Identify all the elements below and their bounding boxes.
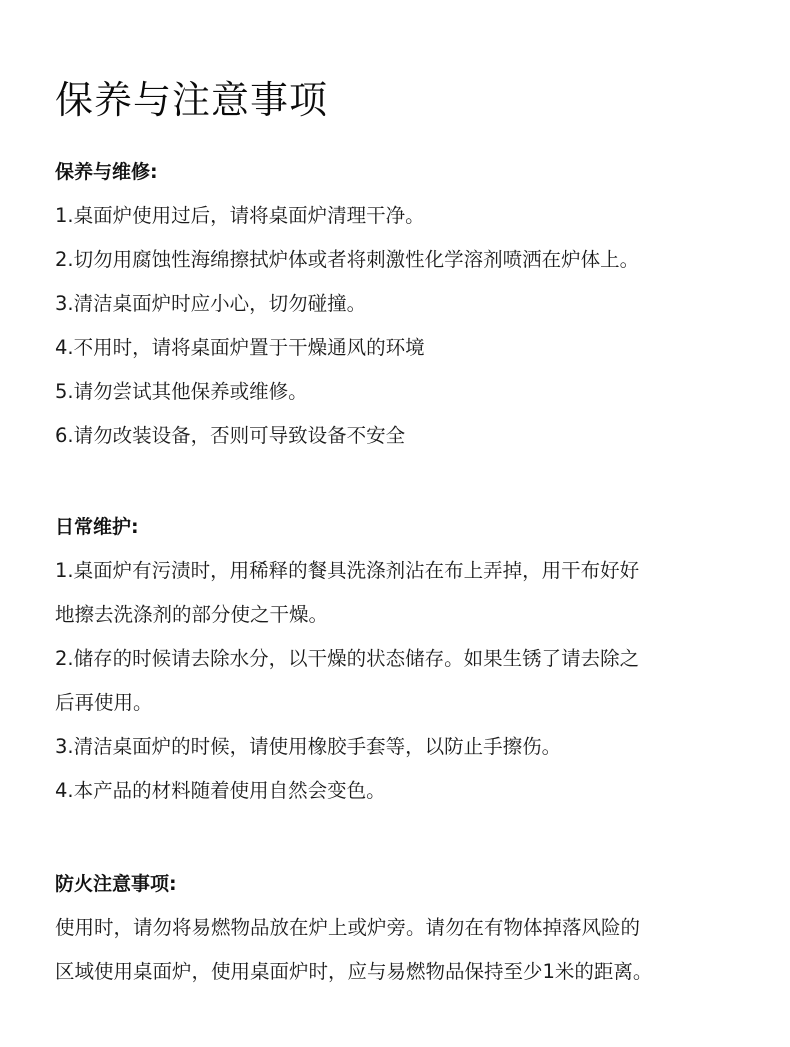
list-item: 5.请勿尝试其他保养或维修。 — [55, 370, 755, 414]
section-heading: 防火注意事项: — [55, 862, 755, 906]
list-item: 4.本产品的材料随着使用自然会变色。 — [55, 769, 755, 813]
list-item: 6.请勿改装设备，否则可导致设备不安全 — [55, 414, 755, 458]
list-item: 2.切勿用腐蚀性海绵擦拭炉体或者将刺激性化学溶剂喷洒在炉体上。 — [55, 238, 755, 282]
list-item-continuation: 地擦去洗涤剂的部分使之干燥。 — [55, 593, 755, 637]
section-heading: 保养与维修: — [55, 150, 755, 194]
list-item: 2.储存的时候请去除水分，以干燥的状态储存。如果生锈了请去除之 — [55, 637, 755, 681]
page-title: 保养与注意事项 — [55, 74, 328, 126]
paragraph-line: 区域使用桌面炉，使用桌面炉时，应与易燃物品保持至少1米的距离。 — [55, 950, 755, 994]
list-item: 1.桌面炉使用过后，请将桌面炉清理干净。 — [55, 194, 755, 238]
list-item-continuation: 后再使用。 — [55, 681, 755, 725]
list-item: 3.清洁桌面炉的时候，请使用橡胶手套等，以防止手擦伤。 — [55, 725, 755, 769]
section-fire-safety: 防火注意事项: 使用时，请勿将易燃物品放在炉上或炉旁。请勿在有物体掉落风险的 区… — [55, 862, 755, 994]
list-item: 4.不用时，请将桌面炉置于干燥通风的环境 — [55, 326, 755, 370]
list-item: 1.桌面炉有污渍时，用稀释的餐具洗涤剂沾在布上弄掉，用干布好好 — [55, 549, 755, 593]
section-daily-care: 日常维护: 1.桌面炉有污渍时，用稀释的餐具洗涤剂沾在布上弄掉，用干布好好 地擦… — [55, 505, 755, 813]
section-maintenance-repair: 保养与维修: 1.桌面炉使用过后，请将桌面炉清理干净。 2.切勿用腐蚀性海绵擦拭… — [55, 150, 755, 458]
section-heading: 日常维护: — [55, 505, 755, 549]
paragraph-line: 使用时，请勿将易燃物品放在炉上或炉旁。请勿在有物体掉落风险的 — [55, 906, 755, 950]
list-item: 3.清洁桌面炉时应小心，切勿碰撞。 — [55, 282, 755, 326]
